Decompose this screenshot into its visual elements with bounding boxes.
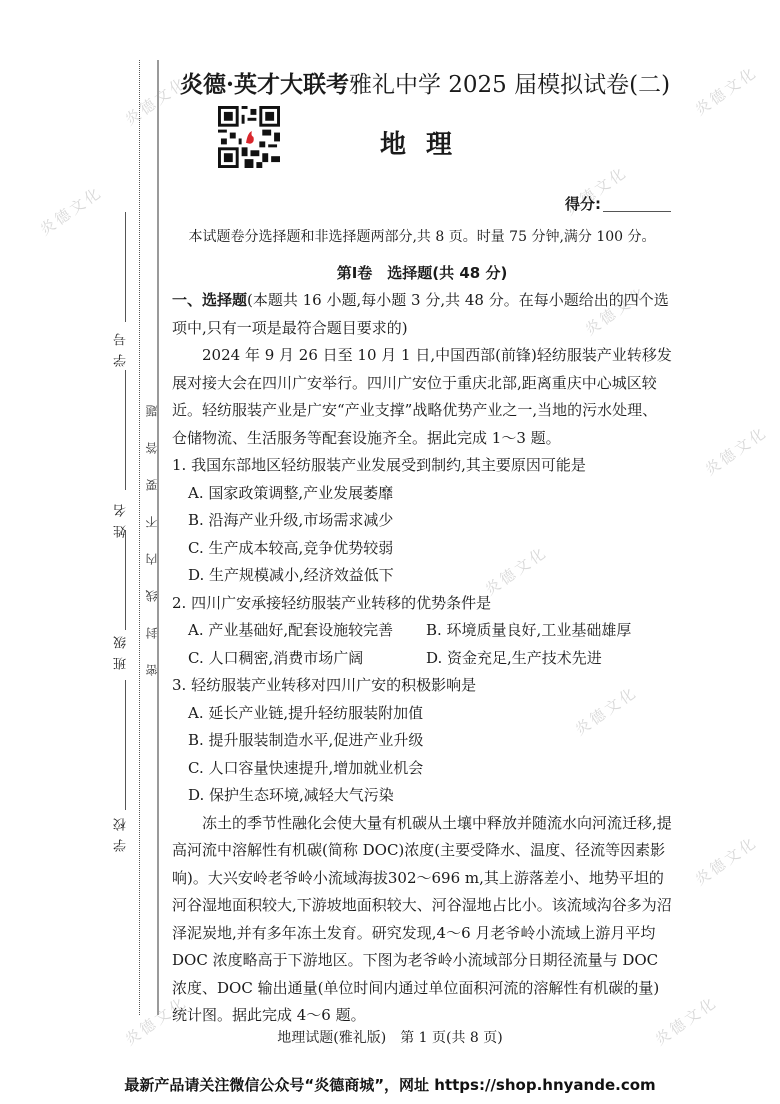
exam-instructions: 本试题卷分选择题和非选择题两部分,共 8 页。时量 75 分钟,满分 100 分… [172, 224, 672, 252]
question-stem: 2. 四川广安承接轻纺服装产业转移的优势条件是 [172, 590, 672, 618]
watermark: 炎德文化 [690, 831, 761, 890]
option-a[interactable]: A. 延长产业链,提升轻纺服装附加值 [172, 700, 672, 728]
exam-title: 炎德·英才大联考雅礼中学 2025 届模拟试卷(二) [170, 66, 680, 99]
option-c[interactable]: C. 人口容量快速提升,增加就业机会 [172, 755, 672, 783]
promo-banner: 最新产品请关注微信公众号“炎德商城”，网址 https://shop.hnyan… [0, 1074, 780, 1095]
watermark: 炎德文化 [35, 181, 106, 240]
question-2: 2. 四川广安承接轻纺服装产业转移的优势条件是 A. 产业基础好,配套设施较完善… [172, 590, 672, 673]
option-a[interactable]: A. 产业基础好,配套设施较完善 [188, 617, 426, 645]
option-b[interactable]: B. 环境质量良好,工业基础雄厚 [426, 617, 664, 645]
exam-brand: 炎德·英才大联考 [180, 71, 349, 98]
option-c[interactable]: C. 生产成本较高,竞争优势较弱 [172, 535, 672, 563]
section-heading-label: 一、选择题 [172, 291, 247, 309]
option-c[interactable]: C. 人口稠密,消费市场广阔 [188, 645, 426, 673]
option-row: C. 人口稠密,消费市场广阔 D. 资金充足,生产技术先进 [172, 645, 672, 673]
option-b[interactable]: B. 沿海产业升级,市场需求减少 [172, 507, 672, 535]
section-heading-desc: (本题共 16 小题,每小题 3 分,共 48 分。在每小题给出的四个选项中,只… [172, 291, 669, 337]
field-student-id: 学号 [112, 325, 131, 367]
page-footer: 地理试题(雅礼版) 第 1 页(共 8 页) [0, 1027, 780, 1047]
option-row: A. 产业基础好,配套设施较完善 B. 环境质量良好,工业基础雄厚 [172, 617, 672, 645]
exam-name: 雅礼中学 2025 届模拟试卷(二) [349, 72, 670, 98]
score-field: 得分: [565, 193, 671, 214]
option-d[interactable]: D. 保护生态环境,减轻大气污染 [172, 782, 672, 810]
student-id-line [125, 212, 126, 322]
score-blank[interactable] [603, 211, 671, 212]
name-line [125, 370, 126, 490]
class-line [125, 530, 126, 630]
field-school: 学校 [112, 810, 131, 852]
option-d[interactable]: D. 生产规模减小,经济效益低下 [172, 562, 672, 590]
passage-1: 2024 年 9 月 26 日至 10 月 1 日,中国西部(前锋)轻纺服装产业… [172, 342, 672, 452]
question-stem: 1. 我国东部地区轻纺服装产业发展受到制约,其主要原因可能是 [172, 452, 672, 480]
question-stem: 3. 轻纺服装产业转移对四川广安的积极影响是 [172, 672, 672, 700]
field-name: 姓名 [112, 496, 131, 538]
option-a[interactable]: A. 国家政策调整,产业发展萎靡 [172, 480, 672, 508]
option-b[interactable]: B. 提升服装制造水平,促进产业升级 [172, 727, 672, 755]
question-1: 1. 我国东部地区轻纺服装产业发展受到制约,其主要原因可能是 A. 国家政策调整… [172, 452, 672, 590]
option-d[interactable]: D. 资金充足,生产技术先进 [426, 645, 664, 673]
score-label: 得分: [565, 195, 601, 213]
passage-2: 冻土的季节性融化会使大量有机碳从土壤中释放并随流水向河流迁移,提高河流中溶解性有… [172, 810, 672, 1030]
watermark: 炎德文化 [700, 421, 771, 480]
watermark: 炎德文化 [690, 61, 761, 120]
seal-notice: 密封线内不要答题 [143, 380, 160, 676]
school-line [125, 680, 126, 810]
section-heading: 一、选择题(本题共 16 小题,每小题 3 分,共 48 分。在每小题给出的四个… [172, 287, 672, 342]
subject-title: 地理 [380, 124, 472, 161]
question-3: 3. 轻纺服装产业转移对四川广安的积极影响是 A. 延长产业链,提升轻纺服装附加… [172, 672, 672, 810]
exam-body: 本试题卷分选择题和非选择题两部分,共 8 页。时量 75 分钟,满分 100 分… [172, 224, 672, 1030]
section-title: 第Ⅰ卷 选择题(共 48 分) [172, 260, 672, 288]
qr-code-icon [218, 106, 280, 168]
seal-dotted-line [139, 60, 140, 1015]
field-class: 班级 [112, 628, 131, 670]
